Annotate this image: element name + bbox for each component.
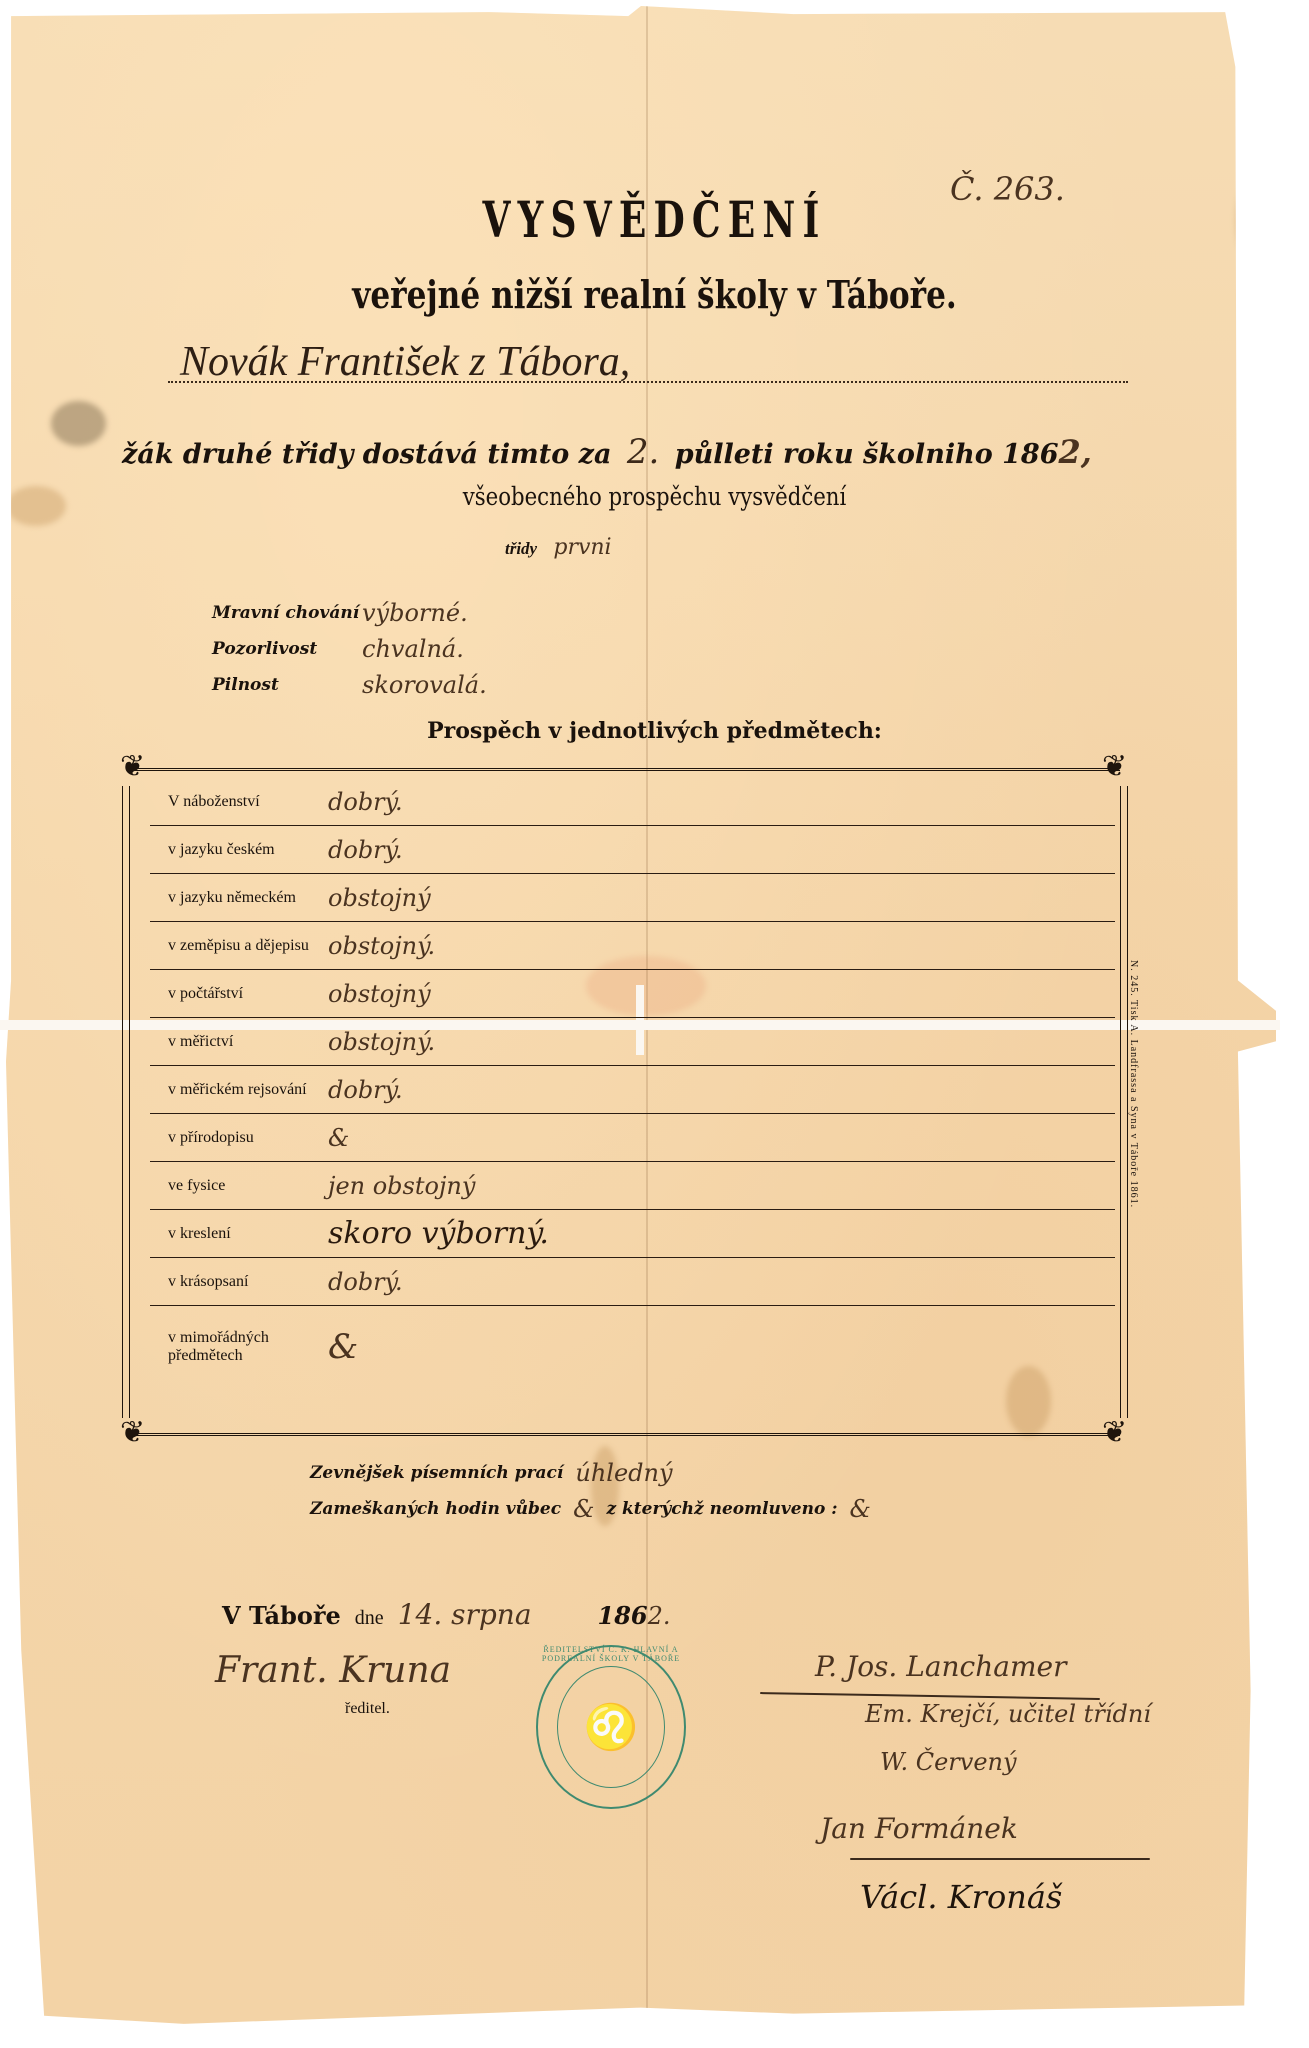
intro-prefix: žák druhé třidy dostává timto za — [122, 439, 611, 470]
subjects-heading: Prospěch v jednotlivých předmětech: — [0, 718, 1309, 744]
year-suffix: 2. — [648, 1602, 671, 1630]
subject-label: v měřictví — [150, 1033, 318, 1051]
class-label: třidy — [505, 539, 537, 558]
year-digit: 2, — [1058, 433, 1091, 471]
class-field: třidy prvni — [505, 535, 612, 560]
subject-row: v měřictvíobstojný. — [150, 1018, 1115, 1066]
subject-row: v počtářstvíobstojný — [150, 970, 1115, 1018]
subject-label: v jazyku českém — [150, 841, 318, 859]
general-line: všeobecného prospěchu vysvědčení — [98, 482, 1211, 511]
missed-hours-row: Zameškaných hodin vůbec & z kterýchž neo… — [310, 1491, 883, 1527]
place-date: V Táboře dne 14. srpna 1862. — [222, 1598, 671, 1631]
behaviour-row: Pozorlivost chvalná. — [212, 631, 487, 667]
lion-emblem-icon: ♌ — [584, 1701, 639, 1753]
seal-inner-ring: ♌ — [557, 1666, 665, 1788]
teacher-signature: Václ. Kronáš — [860, 1878, 1062, 1916]
behaviour-row: Pilnost skorovalá. — [212, 667, 487, 703]
subject-grade: obstojný. — [328, 1028, 435, 1056]
subject-row: v krásopsanídobrý. — [150, 1258, 1115, 1306]
school-seal: ŘEDITELSTVÍ C. K. HLAVNÍ A PODREALNÍ ŠKO… — [536, 1645, 686, 1809]
stain — [6, 486, 66, 526]
written-work-value: úhledný — [575, 1459, 672, 1487]
subject-grade: obstojný. — [328, 932, 435, 960]
seal-text: ŘEDITELSTVÍ C. K. HLAVNÍ A PODREALNÍ ŠKO… — [538, 1645, 684, 1663]
subject-grade: dobrý. — [328, 788, 403, 816]
subject-grade: dobrý. — [328, 1076, 403, 1104]
place: V Táboře — [222, 1601, 341, 1630]
written-work-label: Zevnějšek písemních prací — [310, 1463, 563, 1483]
teacher-signature: W. Červený — [880, 1748, 1017, 1776]
written-work-row: Zevnějšek písemních prací úhledný — [310, 1455, 883, 1491]
document-title: VYSVĚDČENÍ — [183, 190, 1125, 249]
date-value: 14. srpna — [398, 1598, 532, 1631]
stain — [1236, 176, 1276, 266]
behaviour-label: Mravní chování — [212, 603, 362, 623]
school-name: veřejné nižší realní školy v Táboře. — [118, 272, 1191, 317]
subject-grade: & — [328, 1327, 358, 1367]
director-signature: Frant. Kruna — [215, 1650, 451, 1691]
corner-ornament-icon: ❦ — [120, 752, 145, 782]
corner-ornament-icon: ❦ — [120, 1418, 145, 1448]
subject-label: ve fysice — [150, 1177, 318, 1195]
subject-grade: skoro výborný. — [328, 1216, 549, 1251]
subject-label: V náboženství — [150, 793, 318, 811]
subject-grade: & — [328, 1124, 349, 1152]
intro-line: žák druhé třidy dostává timto za 2. půll… — [122, 432, 1092, 472]
subject-grade: dobrý. — [328, 1268, 403, 1296]
subject-grade: dobrý. — [328, 836, 403, 864]
subject-row: v jazyku českémdobrý. — [150, 826, 1115, 874]
director-title: ředitel. — [345, 1700, 390, 1718]
name-dotted-line — [168, 380, 1128, 383]
dne-label: dne — [355, 1607, 384, 1629]
half-year-value: 2. — [627, 432, 659, 472]
subject-row: v kreslenískoro výborný. — [150, 1210, 1115, 1258]
intro-middle: půlleti roku školniho 186 — [675, 439, 1059, 470]
signature-flourish — [850, 1858, 1150, 1860]
behaviour-row: Mravní chování výborné. — [212, 595, 487, 631]
subject-label: v kreslení — [150, 1225, 318, 1243]
behaviour-value: chvalná. — [362, 635, 464, 663]
subject-row: V náboženstvídobrý. — [150, 778, 1115, 826]
behaviour-value: skorovalá. — [362, 671, 487, 699]
teacher-signature: Jan Formánek — [820, 1812, 1018, 1845]
subject-row: v zeměpisu a dějepisuobstojný. — [150, 922, 1115, 970]
teacher-signature: Em. Krejčí, učitel třídní — [865, 1700, 1151, 1728]
year-prefix: 186 — [598, 1601, 648, 1630]
teacher-signature: P. Jos. Lanchamer — [815, 1650, 1066, 1683]
subject-grade: obstojný — [328, 980, 431, 1008]
subject-label: v zeměpisu a dějepisu — [150, 937, 318, 955]
behaviour-label: Pozorlivost — [212, 639, 362, 659]
missed-hours-value: & — [573, 1495, 594, 1523]
behaviour-label: Pilnost — [212, 675, 362, 695]
subject-grade: obstojný — [328, 884, 431, 912]
subject-row: v jazyku německémobstojný — [150, 874, 1115, 922]
student-name: Novák František z Tábora, — [180, 338, 630, 386]
subjects-table: V náboženstvídobrý. v jazyku českémdobrý… — [150, 778, 1115, 1388]
printer-note: N. 245. Tisk A. Landfrassa a Syna v Tábo… — [1128, 960, 1139, 1208]
footer-fields: Zevnějšek písemních prací úhledný Zamešk… — [310, 1455, 883, 1527]
missed-hours-label: Zameškaných hodin vůbec — [310, 1499, 561, 1519]
unexcused-label: z kterýchž neomluveno : — [606, 1499, 837, 1519]
behaviour-value: výborné. — [362, 599, 468, 627]
stain — [51, 401, 106, 446]
corner-ornament-icon: ❦ — [1102, 1418, 1127, 1448]
class-value: prvni — [553, 535, 611, 560]
subject-grade: jen obstojný — [328, 1172, 475, 1200]
subject-row: v mimořádných předmětech& — [150, 1306, 1115, 1388]
subject-label: v počtářství — [150, 985, 318, 1003]
unexcused-value: & — [850, 1495, 871, 1523]
behaviour-section: Mravní chování výborné. Pozorlivost chva… — [212, 595, 487, 703]
subject-label: v měřickém rejsování — [150, 1081, 318, 1099]
subject-row: v měřickém rejsovánídobrý. — [150, 1066, 1115, 1114]
subject-label: v krásopsaní — [150, 1273, 318, 1291]
subject-label: v mimořádných předmětech — [150, 1329, 318, 1365]
subject-row: v přírodopisu& — [150, 1114, 1115, 1162]
subject-row: ve fysicejen obstojný — [150, 1162, 1115, 1210]
subject-label: v přírodopisu — [150, 1129, 318, 1147]
subject-label: v jazyku německém — [150, 889, 318, 907]
